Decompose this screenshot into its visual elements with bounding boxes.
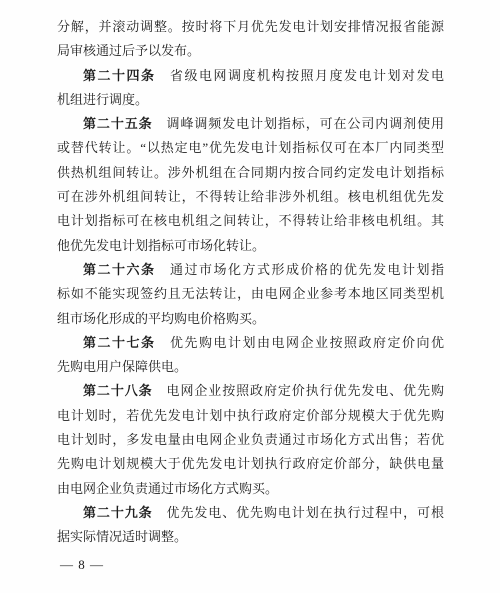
- text-line: 机组进行调度。: [57, 88, 444, 112]
- text-run: 先购电用户保障供电。: [57, 359, 187, 374]
- text-line: 第二十五条 调峰调频发电计划指标，可在公司内调剂使用: [57, 112, 444, 136]
- text-line: 供热机组间转让。涉外机组在合同期内按合同约定发电计划指标: [57, 161, 444, 185]
- text-run: 先购电计划规模大于优先发电计划执行政府定价部分，缺供电量: [57, 456, 444, 471]
- page-number: — 8 —: [60, 555, 104, 575]
- text-line: 标如不能实现签约且无法转让，由电网企业参考本地区同类型机: [57, 282, 444, 306]
- article-heading: 第二十六条: [83, 262, 156, 277]
- text-run: 由电网企业负责通过市场化方式购买。: [57, 481, 278, 496]
- article-heading: 第二十七条: [83, 335, 156, 350]
- text-line: 可在涉外机组间转让，不得转让给非涉外机组。核电机组优先发: [57, 185, 444, 209]
- text-line: 先购电计划规模大于优先发电计划执行政府定价部分，缺供电量: [57, 452, 444, 476]
- text-line: 第二十四条 省级电网调度机构按照月度发电计划对发电: [57, 64, 444, 88]
- text-run: 据实际情况适时调整。: [57, 529, 187, 544]
- text-line: 据实际情况适时调整。: [57, 525, 444, 549]
- text-run: 分解，并滚动调整。按时将下月优先发电计划安排情况报省能源: [57, 19, 444, 34]
- text-run: 局审核通过后予以发布。: [57, 43, 200, 58]
- text-run: 组市场化形成的平均购电价格购买。: [57, 311, 265, 326]
- text-line: 组市场化形成的平均购电价格购买。: [57, 307, 444, 331]
- text-run: 电计划时，多发电量由电网企业负责通过市场化方式出售；若优: [57, 432, 444, 447]
- text-line: 电计划指标可在核电机组之间转让，不得转让给非核电机组。其: [57, 209, 444, 233]
- document-body: 分解，并滚动调整。按时将下月优先发电计划安排情况报省能源局审核通过后予以发布。第…: [57, 15, 444, 550]
- text-line: 局审核通过后予以发布。: [57, 39, 444, 63]
- text-run: 省级电网调度机构按照月度发电计划对发电: [156, 68, 444, 83]
- text-run: 供热机组间转让。涉外机组在合同期内按合同约定发电计划指标: [57, 165, 444, 180]
- text-run: 他优先发电计划指标可市场化转让。: [57, 238, 265, 253]
- text-line: 第二十七条 优先购电计划由电网企业按照政府定价向优: [57, 331, 444, 355]
- text-line: 他优先发电计划指标可市场化转让。: [57, 234, 444, 258]
- text-run: 标如不能实现签约且无法转让，由电网企业参考本地区同类型机: [57, 286, 444, 301]
- text-line: 先购电用户保障供电。: [57, 355, 444, 379]
- text-line: 第二十八条 电网企业按照政府定价执行优先发电、优先购: [57, 379, 444, 403]
- article-heading: 第二十五条: [83, 116, 153, 131]
- text-run: 调峰调频发电计划指标，可在公司内调剂使用: [153, 116, 444, 131]
- text-run: 电网企业按照政府定价执行优先发电、优先购: [153, 383, 444, 398]
- text-run: 通过市场化方式形成价格的优先发电计划指: [156, 262, 444, 277]
- text-run: 可在涉外机组间转让，不得转让给非涉外机组。核电机组优先发: [57, 189, 444, 204]
- text-line: 电计划时，多发电量由电网企业负责通过市场化方式出售；若优: [57, 428, 444, 452]
- article-heading: 第二十九条: [83, 505, 153, 520]
- text-run: 或替代转让。“以热定电”优先发电计划指标仅可在本厂内同类型: [57, 140, 444, 155]
- text-line: 由电网企业负责通过市场化方式购买。: [57, 477, 444, 501]
- article-heading: 第二十四条: [83, 68, 156, 83]
- text-line: 分解，并滚动调整。按时将下月优先发电计划安排情况报省能源: [57, 15, 444, 39]
- text-line: 电计划时，若优先发电计划中执行政府定价部分规模大于优先购: [57, 404, 444, 428]
- text-run: 优先购电计划由电网企业按照政府定价向优: [156, 335, 444, 350]
- text-line: 第二十九条 优先发电、优先购电计划在执行过程中，可根: [57, 501, 444, 525]
- text-run: 优先发电、优先购电计划在执行过程中，可根: [153, 505, 444, 520]
- text-line: 第二十六条 通过市场化方式形成价格的优先发电计划指: [57, 258, 444, 282]
- article-heading: 第二十八条: [83, 383, 153, 398]
- text-run: 电计划时，若优先发电计划中执行政府定价部分规模大于优先购: [57, 408, 444, 423]
- text-line: 或替代转让。“以热定电”优先发电计划指标仅可在本厂内同类型: [57, 136, 444, 160]
- text-run: 电计划指标可在核电机组之间转让，不得转让给非核电机组。其: [57, 213, 444, 228]
- document-page: 分解，并滚动调整。按时将下月优先发电计划安排情况报省能源局审核通过后予以发布。第…: [0, 0, 500, 593]
- text-run: 机组进行调度。: [57, 92, 148, 107]
